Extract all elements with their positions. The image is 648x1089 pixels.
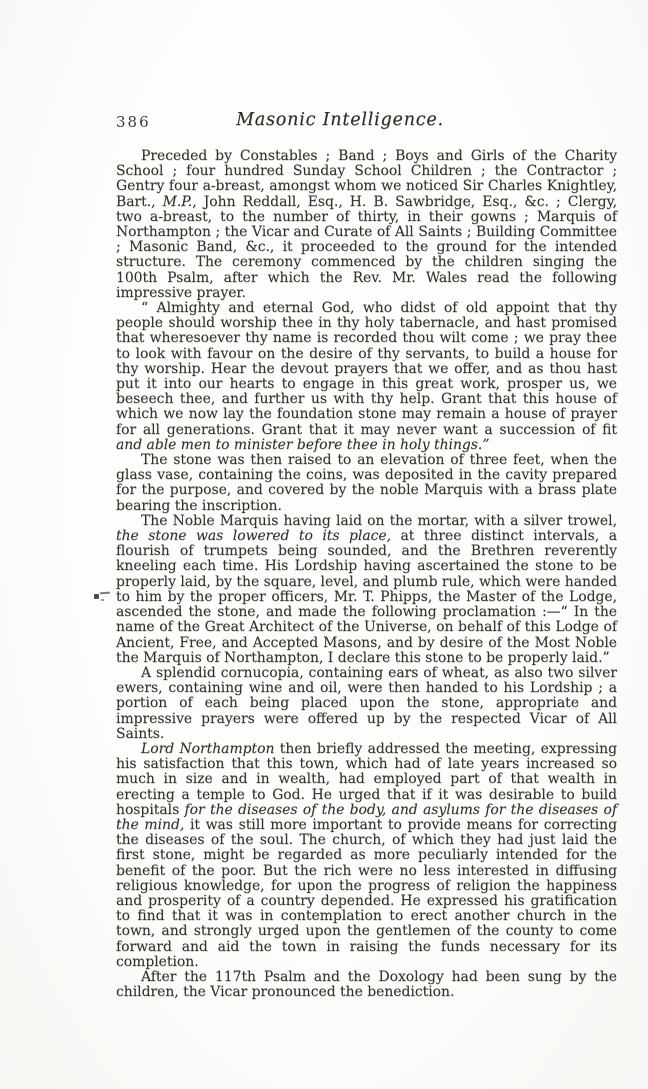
paragraph-2: “ Almighty and eternal God, who didst of… xyxy=(116,301,617,453)
body-text: it was still more important to provide m… xyxy=(116,817,617,970)
body-text: , John Reddall, Esq., H. B. Sawbridge, E… xyxy=(116,194,617,301)
paragraph-3: The stone was then raised to an elevatio… xyxy=(116,453,617,514)
body-text: at three distinct intervals, a flourish … xyxy=(116,528,617,666)
paragraph-7: After the 117th Psalm and the Doxology h… xyxy=(116,970,617,1000)
body-text: “ Almighty and eternal God, who didst of… xyxy=(116,300,617,438)
italic-text: and able men to minister before thee in … xyxy=(116,437,489,453)
margin-mark-speck xyxy=(101,599,104,601)
italic-text: Lord Northampton xyxy=(141,741,274,757)
paragraph-1: Preceded by Constables ; Band ; Boys and… xyxy=(116,149,617,301)
body-text: The stone was then raised to an elevatio… xyxy=(116,452,617,514)
scan-page: 386 Masonic Intelligence. Preceded by Co… xyxy=(0,0,648,1089)
body-text: A splendid cornucopia, containing ears o… xyxy=(116,665,617,742)
running-title: Masonic Intelligence. xyxy=(145,110,535,130)
paragraph-4: The Noble Marquis having laid on the mor… xyxy=(116,514,617,666)
body-text: After the 117th Psalm and the Doxology h… xyxy=(116,969,617,1000)
body-text: The Noble Marquis having laid on the mor… xyxy=(141,513,617,529)
italic-text: M.P. xyxy=(163,194,193,210)
italic-text: the stone was lowered to its place, xyxy=(116,528,391,544)
text-block: Preceded by Constables ; Band ; Boys and… xyxy=(116,149,617,1000)
margin-mark-dash xyxy=(100,592,110,595)
paragraph-6: Lord Northampton then briefly addressed … xyxy=(116,742,617,970)
paragraph-5: A splendid cornucopia, containing ears o… xyxy=(116,666,617,742)
margin-mark-dot xyxy=(94,594,99,599)
